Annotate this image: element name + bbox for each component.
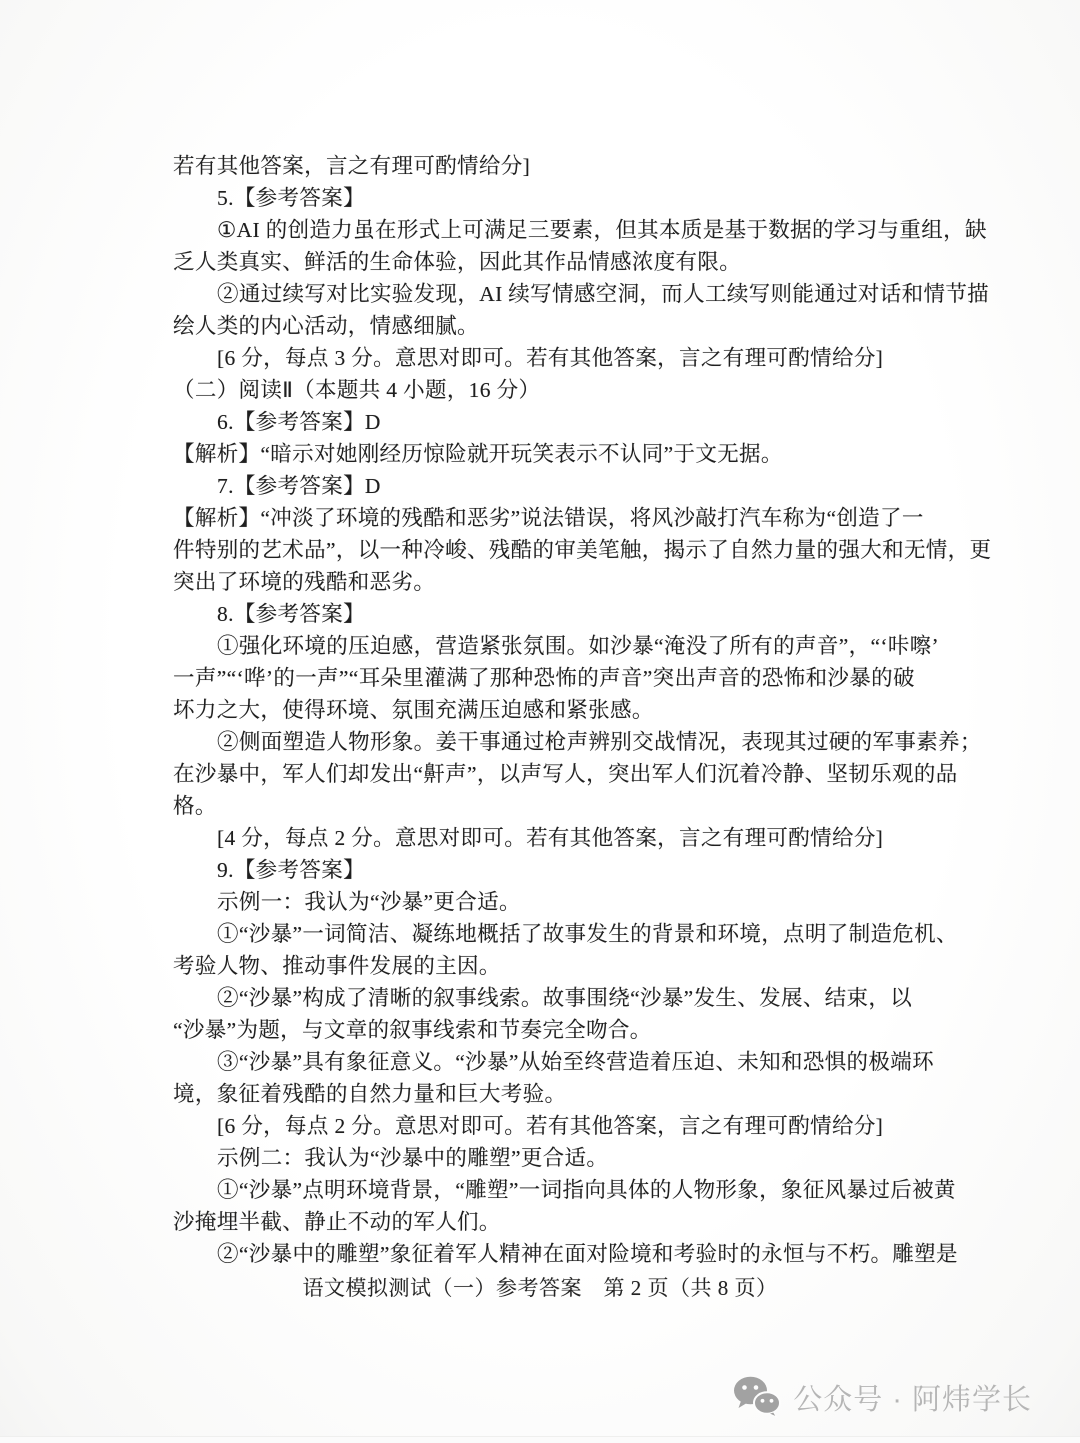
text-line: 件特别的艺术品”，以一种冷峻、残酷的审美笔触，揭示了自然力量的强大和无情，更 xyxy=(173,534,913,566)
text-line: 考验人物、推动事件发展的主因。 xyxy=(173,950,913,982)
text-line: ③“沙暴”具有象征意义。“沙暴”从始至终营造着压迫、未知和恐惧的极端环 xyxy=(173,1046,913,1078)
document-page: 若有其他答案，言之有理可酌情给分]5.【参考答案】①AI 的创造力虽在形式上可满… xyxy=(0,0,1080,1443)
bottom-edge-divider xyxy=(0,1436,1080,1443)
text-line: 一声”“‘哗’的一声”“耳朵里灌满了那种恐怖的声音”突出声音的恐怖和沙暴的破 xyxy=(173,662,913,694)
text-line: ①强化环境的压迫感，营造紧张氛围。如沙暴“淹没了所有的声音”，“‘咔嚓’ xyxy=(173,630,913,662)
text-line: “沙暴”为题，与文章的叙事线索和节奏完全吻合。 xyxy=(173,1014,913,1046)
text-line: 9.【参考答案】 xyxy=(173,854,913,886)
page-footer: 语文模拟测试（一）参考答案 第 2 页（共 8 页） xyxy=(0,1272,1080,1304)
text-line: 坏力之大，使得环境、氛围充满压迫感和紧张感。 xyxy=(173,694,913,726)
text-line: 示例二：我认为“沙暴中的雕塑”更合适。 xyxy=(173,1142,913,1174)
text-line: 格。 xyxy=(173,790,913,822)
watermark: 公众号 · 阿炜学长 xyxy=(733,1376,1032,1418)
text-line: 7.【参考答案】D xyxy=(173,470,913,502)
text-line: （二）阅读Ⅱ（本题共 4 小题，16 分） xyxy=(173,374,913,406)
text-line: ②“沙暴”构成了清晰的叙事线索。故事围绕“沙暴”发生、发展、结束，以 xyxy=(173,982,913,1014)
text-line: ①AI 的创造力虽在形式上可满足三要素，但其本质是基于数据的学习与重组，缺 xyxy=(173,214,913,246)
text-line: 8.【参考答案】 xyxy=(173,598,913,630)
text-line: ①“沙暴”点明环境背景，“雕塑”一词指向具体的人物形象，象征风暴过后被黄 xyxy=(173,1174,913,1206)
text-line: [6 分，每点 2 分。意思对即可。若有其他答案，言之有理可酌情给分] xyxy=(173,1110,913,1142)
text-line: 若有其他答案，言之有理可酌情给分] xyxy=(173,150,913,182)
text-line: 5.【参考答案】 xyxy=(173,182,913,214)
text-line: 在沙暴中，军人们却发出“鼾声”，以声写人，突出军人们沉着冷静、坚韧乐观的品 xyxy=(173,758,913,790)
text-line: 乏人类真实、鲜活的生命体验，因此其作品情感浓度有限。 xyxy=(173,246,913,278)
text-line: ②通过续写对比实验发现，AI 续写情感空洞，而人工续写则能通过对话和情节描 xyxy=(173,278,913,310)
text-line: 境，象征着残酷的自然力量和巨大考验。 xyxy=(173,1078,913,1110)
text-line: ①“沙暴”一词简洁、凝练地概括了故事发生的背景和环境，点明了制造危机、 xyxy=(173,918,913,950)
answer-lines: 若有其他答案，言之有理可酌情给分]5.【参考答案】①AI 的创造力虽在形式上可满… xyxy=(173,150,913,1270)
text-line: 6.【参考答案】D xyxy=(173,406,913,438)
text-line: 示例一：我认为“沙暴”更合适。 xyxy=(173,886,913,918)
text-line: ②侧面塑造人物形象。姜干事通过枪声辨别交战情况，表现其过硬的军事素养； xyxy=(173,726,913,758)
wechat-icon xyxy=(733,1376,781,1418)
text-line: 【解析】“暗示对她刚经历惊险就开玩笑表示不认同”于文无据。 xyxy=(173,438,913,470)
text-line: [6 分，每点 3 分。意思对即可。若有其他答案，言之有理可酌情给分] xyxy=(173,342,913,374)
text-line: 【解析】“冲淡了环境的残酷和恶劣”说法错误，将风沙敲打汽车称为“创造了一 xyxy=(173,502,913,534)
watermark-label: 公众号 · 阿炜学长 xyxy=(793,1377,1032,1418)
text-line: 沙掩埋半截、静止不动的军人们。 xyxy=(173,1206,913,1238)
text-line: ②“沙暴中的雕塑”象征着军人精神在面对险境和考验时的永恒与不朽。雕塑是 xyxy=(173,1238,913,1270)
text-line: 突出了环境的残酷和恶劣。 xyxy=(173,566,913,598)
text-line: [4 分，每点 2 分。意思对即可。若有其他答案，言之有理可酌情给分] xyxy=(173,822,913,854)
text-line: 绘人类的内心活动，情感细腻。 xyxy=(173,310,913,342)
